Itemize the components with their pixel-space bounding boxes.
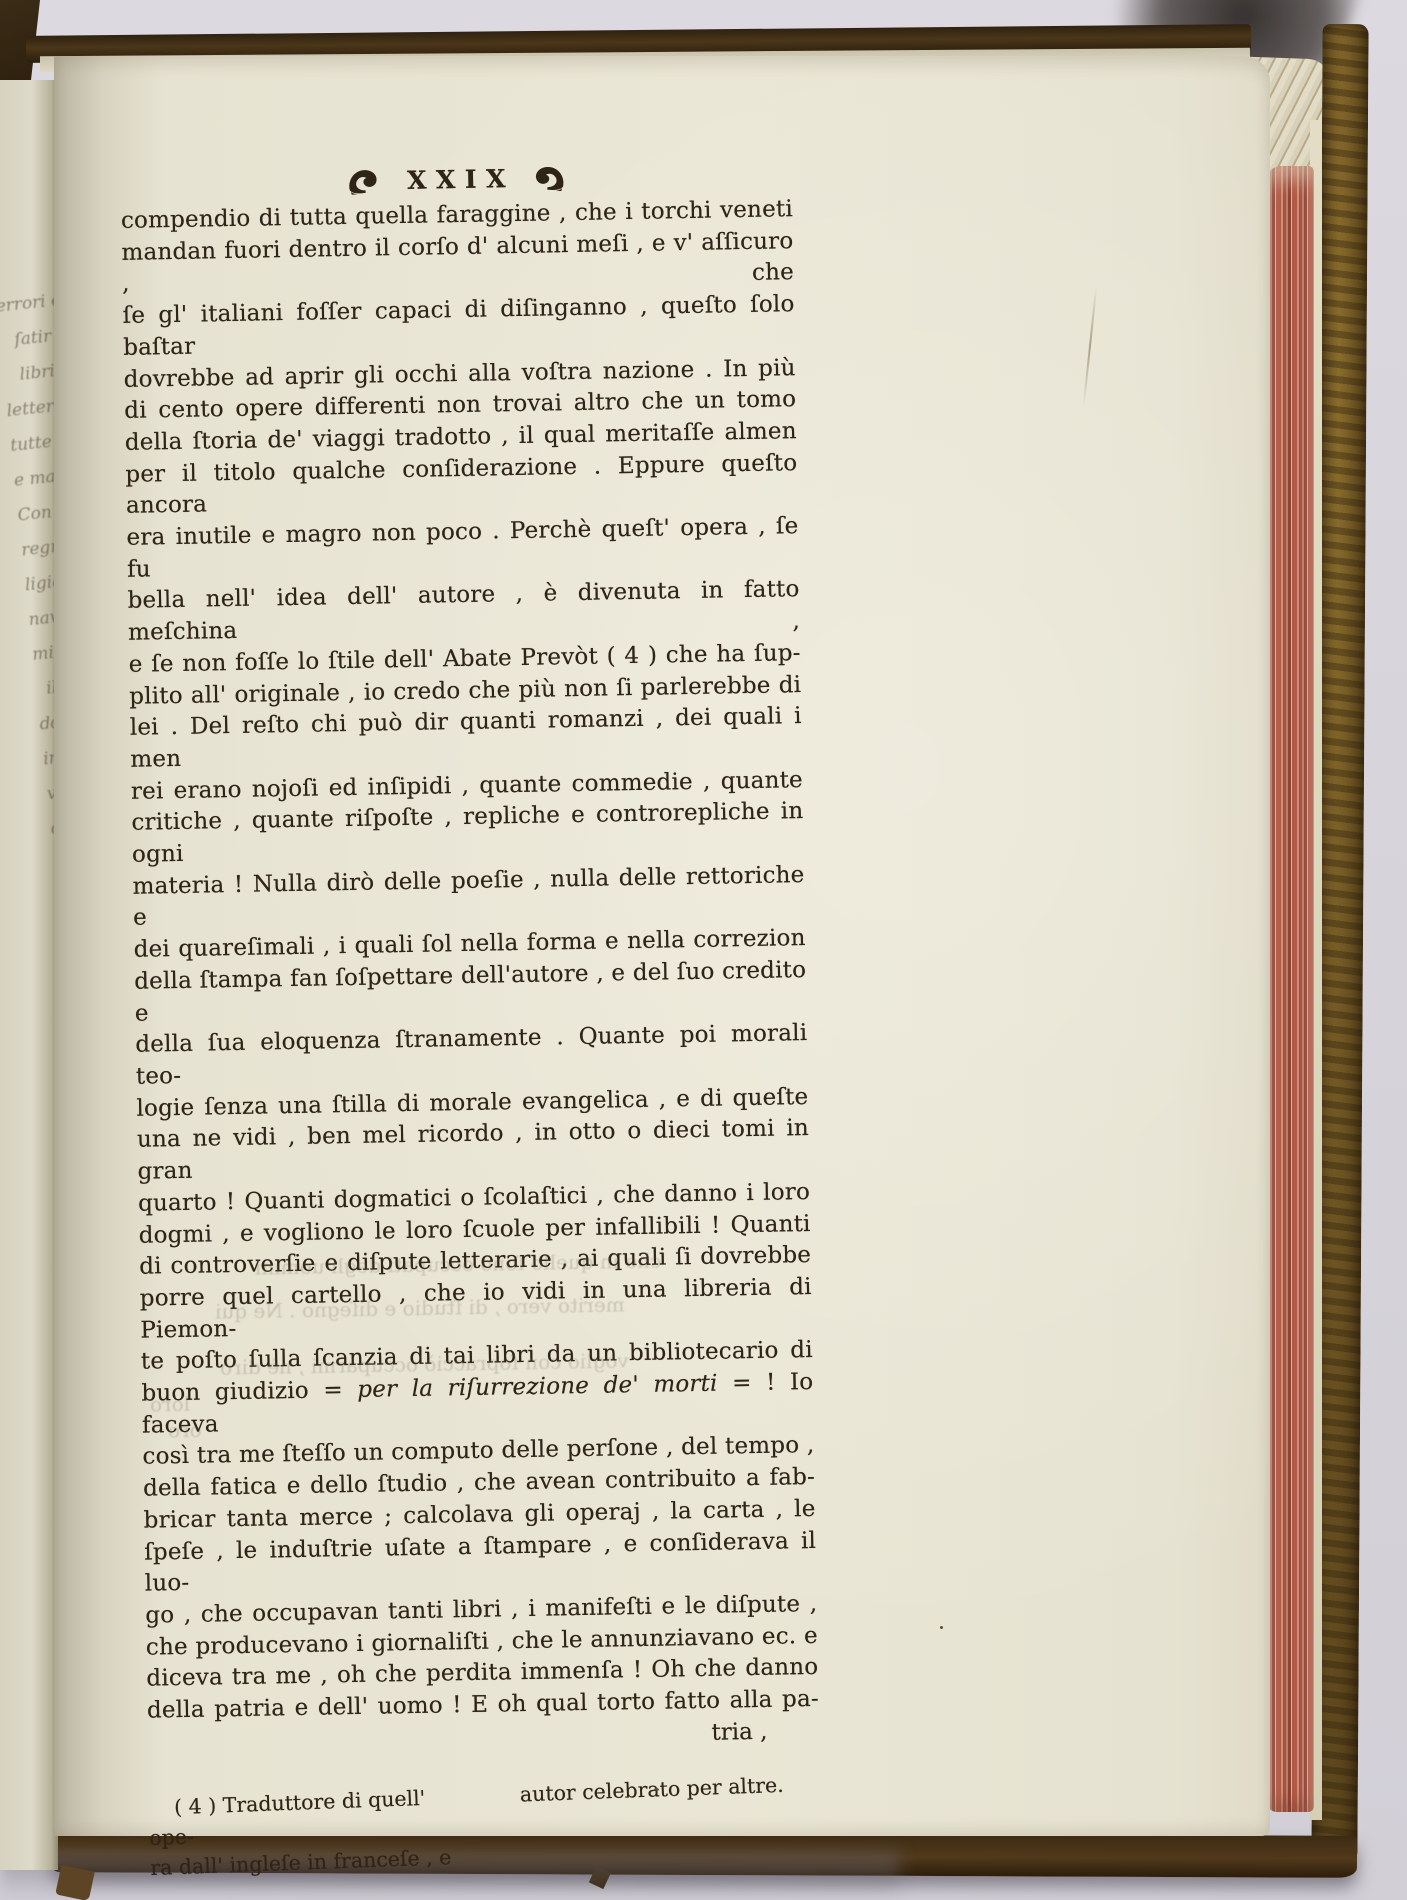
text-line: ſpeſe , le induſtrie uſate a ſtampare , … <box>144 1525 817 1600</box>
page-number: XXIX <box>397 163 515 194</box>
book-photograph: errori eſatirlibriletteratitutte ca-e ma… <box>0 0 1407 1900</box>
text-line: bella nell' idea dell' autore , è divenu… <box>127 575 800 650</box>
facing-page-fragment: libri <box>1 354 56 394</box>
facing-page-fragment: letterati <box>5 389 60 429</box>
facing-page-fragment: errori e <box>0 285 49 325</box>
text-block: XXIX compendio di tutta quella faraggine… <box>120 156 822 1877</box>
binding-fragment <box>55 1865 94 1900</box>
text-line: buon giudizio = per la riſurrezione de' … <box>141 1367 814 1442</box>
fleuron-right-icon <box>531 163 567 192</box>
text-line: della ſua eloquenza ſtranamente . Quante… <box>135 1018 808 1093</box>
paper-speck <box>654 1788 659 1791</box>
text-line: era inutile e magro non poco . Perchè qu… <box>126 511 799 586</box>
red-fore-edge <box>1267 166 1314 1812</box>
fleuron-left-icon <box>345 166 381 195</box>
text-line: materia ! Nulla dirò delle poeſie , null… <box>132 860 805 935</box>
text-line: critiche , quante riſpoſte , repliche e … <box>131 796 804 871</box>
facing-page-fragment: ſatir <box>0 319 53 359</box>
paper-crease <box>1083 286 1098 406</box>
paper-speck <box>940 1626 943 1629</box>
text-line: ſe gl' italiani foſſer capaci di diſinga… <box>122 289 795 364</box>
text-line: una ne vidi , ben mel ricordo , in otto … <box>137 1113 810 1188</box>
footnote-right-column: autor celebrato per altre. <box>493 1769 822 1871</box>
body-text: compendio di tutta quella faraggine , ch… <box>121 194 819 1727</box>
text-line: della ſtampa fan ſoſpettare dell'autore … <box>134 955 807 1030</box>
text-line: per il titolo qualche conſiderazione . E… <box>125 448 798 523</box>
text-line: lei . Del reſto chi può dir quanti roman… <box>130 701 803 776</box>
footnote-left-column: ( 4 ) Traduttore di quell' ope-ra dall' … <box>148 1782 477 1884</box>
text-line: mandan fuori dentro il corſo d' alcuni m… <box>121 226 794 301</box>
facing-page-sliver: errori eſatirlibriletteratitutte ca-e ma… <box>0 80 58 1870</box>
book-page: XXIX compendio di tutta quella faraggine… <box>54 56 1270 1836</box>
footnote: ( 4 ) Traduttore di quell' ope-ra dall' … <box>148 1769 823 1884</box>
text-line: porre quel cartello , che io vidi in una… <box>140 1272 813 1347</box>
